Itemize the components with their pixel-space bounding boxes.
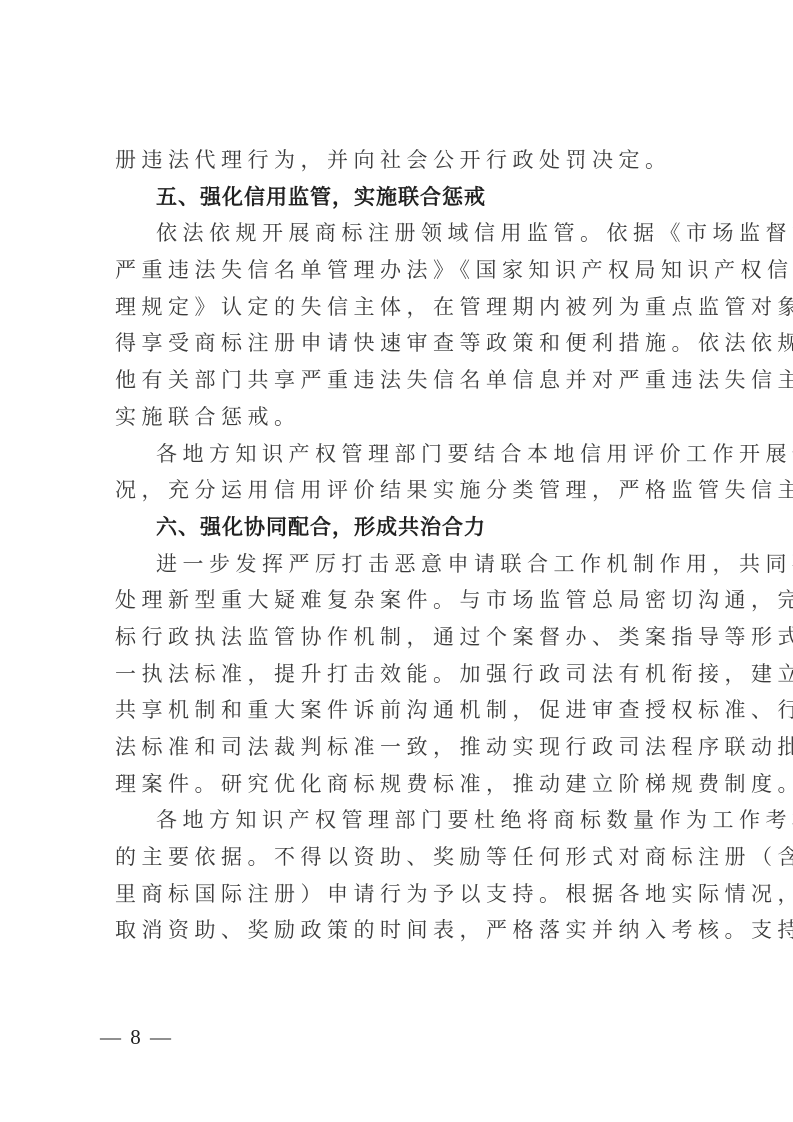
section-heading-five: 五、强化信用监管，实施联合惩戒 bbox=[115, 179, 687, 216]
body-line: 册违法代理行为，并向社会公开行政处罚决定。 bbox=[115, 142, 687, 179]
body-line: 的主要依据。不得以资助、奖励等任何形式对商标注册（含马德 bbox=[115, 839, 687, 876]
body-line: 理案件。研究优化商标规费标准，推动建立阶梯规费制度。 bbox=[115, 766, 687, 803]
body-line: 得享受商标注册申请快速审查等政策和便利措施。依法依规与其 bbox=[115, 325, 687, 362]
body-line: 标行政执法监管协作机制，通过个案督办、类案指导等形式，统 bbox=[115, 619, 687, 656]
body-line: 实施联合惩戒。 bbox=[115, 399, 687, 436]
section-heading-six: 六、强化协同配合，形成共治合力 bbox=[115, 509, 687, 546]
body-line: 处理新型重大疑难复杂案件。与市场监管总局密切沟通，完善商 bbox=[115, 582, 687, 619]
body-line: 里商标国际注册）申请行为予以支持。根据各地实际情况，制定 bbox=[115, 876, 687, 913]
body-line: 他有关部门共享严重违法失信名单信息并对严重违法失信主体 bbox=[115, 362, 687, 399]
body-line: 取消资助、奖励政策的时间表，严格落实并纳入考核。支持各领 bbox=[115, 912, 687, 949]
body-line: 各地方知识产权管理部门要结合本地信用评价工作开展情 bbox=[115, 436, 687, 473]
page-number: — 8 — bbox=[100, 1025, 173, 1050]
body-line: 严重违法失信名单管理办法》《国家知识产权局知识产权信用管 bbox=[115, 252, 687, 289]
body-line: 共享机制和重大案件诉前沟通机制，促进审查授权标准、行政执 bbox=[115, 692, 687, 729]
body-line: 况，充分运用信用评价结果实施分类管理，严格监管失信主体。 bbox=[115, 472, 687, 509]
body-line: 进一步发挥严厉打击恶意申请联合工作机制作用，共同研究 bbox=[115, 546, 687, 583]
body-line: 理规定》认定的失信主体，在管理期内被列为重点监管对象，不 bbox=[115, 289, 687, 326]
body-line: 一执法标准，提升打击效能。加强行政司法有机衔接，建立信息 bbox=[115, 656, 687, 693]
document-page: 册违法代理行为，并向社会公开行政处罚决定。 五、强化信用监管，实施联合惩戒 依法… bbox=[115, 142, 687, 949]
body-line: 依法依规开展商标注册领域信用监管。依据《市场监督管理 bbox=[115, 215, 687, 252]
body-line: 法标准和司法裁判标准一致，推动实现行政司法程序联动批量处 bbox=[115, 729, 687, 766]
body-line: 各地方知识产权管理部门要杜绝将商标数量作为工作考核 bbox=[115, 802, 687, 839]
